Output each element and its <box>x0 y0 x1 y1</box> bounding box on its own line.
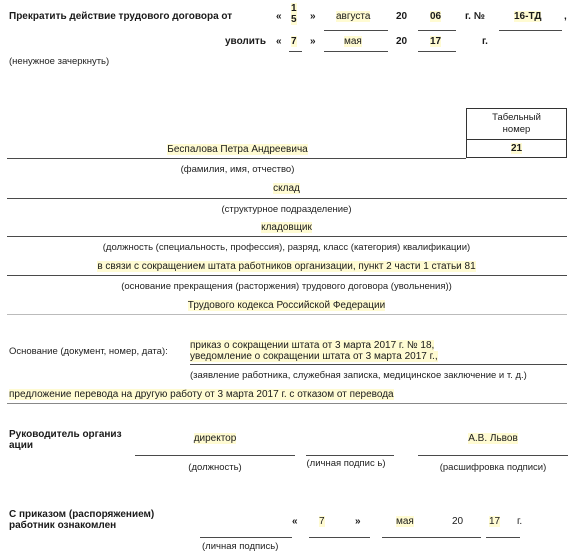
department-caption: (структурное подразделение) <box>9 204 564 215</box>
tab-number-header: Табельный номер <box>467 109 566 140</box>
head-position[interactable]: директор <box>194 433 237 444</box>
quote-close: » <box>310 11 316 22</box>
dismiss-year-prefix: 20 <box>396 36 407 47</box>
dismiss-year-label: г. <box>482 36 488 47</box>
ack-month-line <box>382 537 481 538</box>
head-position-line <box>135 455 295 456</box>
ack-label-line2: работник ознакомлен <box>9 520 116 531</box>
terminate-year-prefix: 20 <box>396 11 407 22</box>
head-signature-caption: (личная подпис ь) <box>306 458 386 469</box>
dismiss-month-line <box>324 51 388 52</box>
dismiss-month[interactable]: мая <box>344 36 362 47</box>
contract-number-line <box>499 30 562 31</box>
reason-caption: (основание прекращения (расторжения) тру… <box>9 281 564 292</box>
comma: , <box>564 11 567 22</box>
terminate-month[interactable]: августа <box>336 11 370 22</box>
basis-line1[interactable]: приказ о сокращении штата от 3 марта 201… <box>190 340 434 351</box>
ack-signature-caption: (личная подпись) <box>202 541 278 552</box>
full-name-caption: (фамилия, имя, отчество) <box>9 164 466 175</box>
terminate-year-line <box>418 30 456 31</box>
ack-year-line <box>486 537 520 538</box>
head-name-line <box>418 455 568 456</box>
basis-caption: (заявление работника, служебная записка,… <box>190 370 527 381</box>
ack-year-prefix: 20 <box>452 516 463 527</box>
position-line <box>7 236 567 237</box>
ack-quote-open: « <box>292 516 298 527</box>
contract-number[interactable]: 16-ТД <box>514 11 541 22</box>
dismiss-year-line <box>418 51 456 52</box>
terminate-year-suffix[interactable]: 06 <box>430 11 441 22</box>
head-label: Руководитель организ ации <box>9 429 129 451</box>
basis-line <box>190 364 567 365</box>
terminate-month-line <box>324 30 388 31</box>
ack-year-label: г. <box>517 516 522 527</box>
reason-line1[interactable]: в связи с сокращением штата работников о… <box>97 261 475 272</box>
position-caption: (должность (специальность, профессия), р… <box>9 242 564 253</box>
head-signature-line[interactable] <box>306 455 394 456</box>
head-name-caption: (расшифровка подписи) <box>418 462 568 473</box>
strike-note: (ненужное зачеркнуть) <box>9 56 109 67</box>
terminate-label: Прекратить действие трудового договора о… <box>9 11 232 22</box>
basis-line3-line <box>7 403 567 404</box>
position[interactable]: кладовщик <box>261 222 312 233</box>
basis-label: Основание (документ, номер, дата): <box>9 346 168 357</box>
full-name-line <box>7 158 466 159</box>
head-name[interactable]: А.В. Львов <box>468 433 518 444</box>
dismiss-day[interactable]: 7 <box>291 36 297 47</box>
quote-open: « <box>276 11 282 22</box>
ack-day[interactable]: 7 <box>319 516 325 527</box>
ack-quote-close: » <box>355 516 361 527</box>
ack-day-line <box>309 537 370 538</box>
quote-close-2: » <box>310 36 316 47</box>
basis-line2[interactable]: уведомление о сокращении штата от 3 март… <box>190 351 438 362</box>
department[interactable]: склад <box>273 183 300 194</box>
dismiss-day-line <box>289 51 302 52</box>
full-name[interactable]: Беспалова Петра Андреевича <box>167 144 307 155</box>
dismiss-year-suffix[interactable]: 17 <box>430 36 441 47</box>
number-label: г. № <box>465 11 485 22</box>
ack-signature-line[interactable] <box>200 537 292 538</box>
reason-line <box>7 275 567 276</box>
tab-number-value[interactable]: 21 <box>511 143 522 154</box>
department-line <box>7 198 567 199</box>
reason-line2[interactable]: Трудового кодекса Российской Федерации <box>188 300 385 311</box>
ack-year-suffix[interactable]: 17 <box>489 516 500 527</box>
head-position-caption: (должность) <box>135 462 295 473</box>
basis-line3[interactable]: предложение перевода на другую работу от… <box>9 389 394 400</box>
ack-month[interactable]: мая <box>396 516 414 527</box>
dismiss-label: уволить <box>225 36 266 47</box>
reason-line2-line <box>7 314 567 315</box>
terminate-day-line2[interactable]: 5 <box>291 14 297 25</box>
quote-open-2: « <box>276 36 282 47</box>
tab-number-box: Табельный номер 21 <box>466 108 567 158</box>
terminate-day-line1[interactable]: 1 <box>291 3 297 14</box>
ack-label-line1: С приказом (распоряжением) <box>9 509 154 520</box>
